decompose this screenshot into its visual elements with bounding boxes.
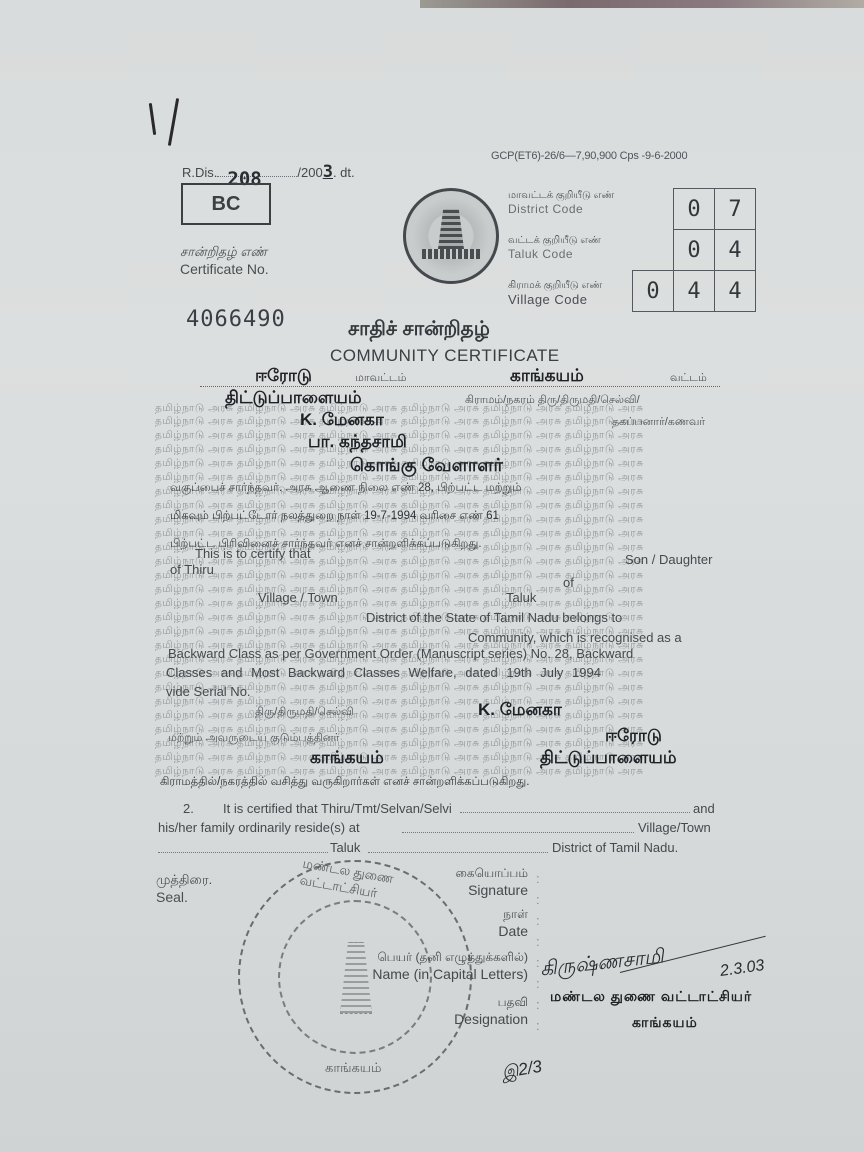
category-box: BC	[181, 183, 271, 225]
district2-handwritten: ஈரோடு	[605, 726, 662, 748]
serial-no-text: vide Serial No.	[166, 684, 251, 699]
village-handwritten: திட்டுப்பாளையம்	[225, 388, 362, 410]
village-code-digit: 4	[715, 271, 756, 312]
tamil-line-4: திரு/திருமதி/செல்வி	[255, 706, 354, 720]
taluk2-handwritten: காங்கயம்	[310, 748, 384, 770]
label-colons: :: :: :: ::	[536, 868, 540, 1036]
date-label: நாள் Date	[420, 907, 528, 939]
designation-stamp-line1: மண்டல துணை வட்டாட்சியர்	[550, 988, 752, 1007]
welfare-dated-text: Classes and Most Backward Classes Welfar…	[166, 665, 601, 680]
seal-label: முத்திரை. Seal.	[156, 872, 212, 905]
rdis-label: R.Dis.	[182, 165, 217, 180]
signature-label: கையொப்பம் Signature	[420, 866, 528, 898]
title-tamil: சாதிச் சான்றிதழ்	[348, 318, 490, 343]
form-code: GCP(ET6)-26/6—7,90,900 Cps -9-6-2000	[491, 150, 687, 162]
district-code-digit: 0	[674, 189, 715, 230]
relation-label: தகப்பனார்/கணவர்	[612, 416, 705, 430]
tamil-line-1: வகுப்பைச் சார்ந்தவர். அரசு ஆணை நிலை எண் …	[170, 482, 522, 496]
background-fabric	[420, 0, 864, 8]
designation-label: பதவி Designation	[420, 995, 528, 1027]
district-code-label: மாவட்டக் குறியீடு எண் District Code	[508, 190, 614, 216]
para2-taluk: Taluk	[330, 840, 360, 855]
rdis-line: R.Dis. 208/2003. dt.	[182, 162, 355, 182]
village-code-label: கிராமக் குறியீடு எண் Village Code	[508, 280, 602, 307]
of-thiru-text: of Thiru	[170, 562, 214, 577]
tamil-line-5: மற்றும் அவருடைய குடும்பத்தினர்	[168, 732, 339, 746]
tamil-line-2: மிகவும் பிற்பட்டோர் நலத்துறை நாள் 19-7-1…	[170, 510, 499, 524]
village-code-digit: 4	[674, 271, 715, 312]
temple-tower-icon	[438, 209, 464, 249]
village-code-digit: 0	[633, 271, 674, 312]
community-handwritten: கொங்கு வேளாளர்	[350, 455, 503, 478]
of-text: of	[563, 575, 574, 590]
taluk-text: Taluk	[506, 590, 536, 605]
taluk-code-digit: 0	[674, 230, 715, 271]
name-handwritten: K. மேனகா	[300, 410, 384, 432]
community-recognised-text: Community, which is recognised as a	[468, 630, 682, 645]
tamil-line-6: கிராமத்தில்/நகரத்தில் வசித்து வருகிறார்க…	[160, 776, 529, 790]
taluk-code-digit: 4	[715, 230, 756, 271]
district-handwritten: ஈரோடு	[255, 366, 312, 388]
officer-signature: கிருஷ்ணசாமி	[539, 944, 665, 984]
certificate-no-label: சான்றிதழ் எண் Certificate No.	[180, 244, 269, 277]
government-order-text: Backward Class as per Government Order (…	[168, 646, 633, 661]
para2-number: 2.	[183, 801, 194, 816]
para2-district: District of Tamil Nadu.	[552, 840, 678, 855]
certify-text: This is to certify that	[195, 546, 311, 561]
para2-village-town: Village/Town	[638, 820, 711, 835]
village2-handwritten: திட்டுப்பாளையம்	[540, 748, 677, 770]
name-label: பெயர் (தனி எழுத்துக்களில்) Name (in Capi…	[318, 950, 528, 982]
name2-handwritten: K. மேனகா	[478, 700, 562, 722]
code-grid: 07 04 044	[632, 188, 756, 312]
father-handwritten: பா. கந்தசாமி	[308, 432, 407, 454]
village-line: திட்டுப்பாளையம் கிராமம்/நகரம் திரு/திரும…	[160, 390, 720, 408]
title-english: COMMUNITY CERTIFICATE	[330, 346, 560, 366]
signature-date: 2.3.03	[719, 957, 766, 981]
initials: இ2/3	[500, 1057, 543, 1086]
village-town-text: Village / Town	[258, 590, 338, 605]
son-daughter-text: Son / Daughter	[625, 552, 712, 567]
taluk-code-label: வட்டக் குறியீடு எண் Taluk Code	[508, 235, 601, 261]
district-code-digit: 7	[715, 189, 756, 230]
para2-text-c: his/her family ordinarily reside(s) at	[158, 820, 360, 835]
rdis-dt: . dt.	[333, 165, 355, 180]
rdis-year-suffix: 3	[323, 162, 333, 182]
para2-text-a: It is certified that Thiru/Tmt/Selvan/Se…	[223, 801, 452, 816]
district-line: ஈரோடு மாவட்டம் காங்கயம் வட்டம்	[200, 368, 720, 387]
taluk-handwritten: காங்கயம்	[510, 366, 584, 388]
para2-and: and	[693, 801, 715, 816]
tamil-nadu-emblem	[403, 188, 499, 284]
rdis-year: /200	[297, 165, 322, 180]
designation-stamp-line2: காங்கயம்	[632, 1014, 698, 1033]
district-state-text: District of the State of Tamil Nadu belo…	[366, 610, 622, 625]
certificate-number: 4066490	[186, 307, 286, 332]
